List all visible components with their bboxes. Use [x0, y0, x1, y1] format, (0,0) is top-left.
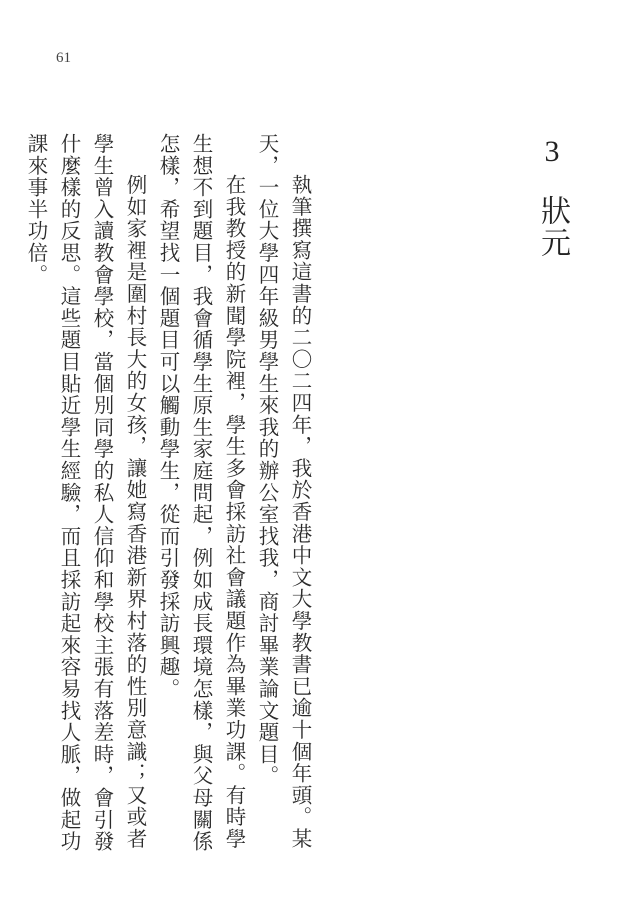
paragraph: 在我教授的新聞學院裡，學生多會採訪社會議題作為畢業功課。有時學生想不到題目，我會…	[151, 133, 250, 858]
page-number: 61	[56, 50, 71, 67]
chapter-title: 狀元	[532, 195, 572, 259]
body-text: 執筆撰寫這書的二〇二四年，我於香港中文大學教書已逾十個年頭。某天，一位大學四年級…	[19, 133, 316, 858]
paragraph: 例如家裡是圍村長大的女孩，讓她寫香港新界村落的性別意識；又或者學生曾入讀教會學校…	[19, 133, 151, 858]
chapter-number: 3	[532, 135, 572, 169]
paragraph: 執筆撰寫這書的二〇二四年，我於香港中文大學教書已逾十個年頭。某天，一位大學四年級…	[250, 133, 316, 858]
